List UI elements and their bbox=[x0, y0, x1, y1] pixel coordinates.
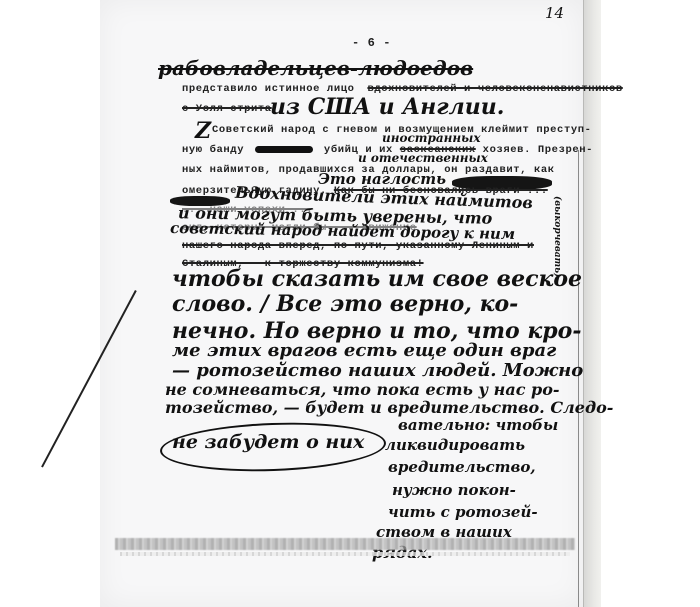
hand-line-5: — ротозейство наших людей. Можно bbox=[172, 360, 583, 381]
typed-line-2: с Уолл-стрита bbox=[182, 103, 272, 115]
hand-line-11: нужно покон- bbox=[392, 481, 516, 499]
hand-line-1: чтобы сказать им свое веское bbox=[172, 266, 582, 292]
circled-note-text: не забудет о них bbox=[172, 431, 364, 453]
insert-usa-england: из США и Англии. bbox=[270, 94, 504, 120]
insert-foreign: иностранных bbox=[382, 131, 481, 145]
typed-line-4-start: ную банду bbox=[182, 144, 244, 156]
redaction-blot bbox=[255, 146, 313, 153]
photocopy-smear bbox=[115, 538, 575, 550]
hand-line-9: ликвидировать bbox=[385, 436, 525, 454]
insert-domestic: и отечественных bbox=[358, 151, 488, 165]
hand-line-4: ме этих врагов есть еще один враг bbox=[172, 340, 556, 361]
hand-line-7: тозейство, — будет и вредительство. След… bbox=[165, 398, 613, 417]
archive-page-number: 14 bbox=[545, 4, 564, 22]
typed-line-9: нашего народа вперед, по пути, указанном… bbox=[182, 240, 534, 252]
hand-line-6: не сомневаться, что пока есть у нас ро- bbox=[165, 380, 560, 399]
hand-line-10: вредительство, bbox=[388, 458, 536, 476]
typed-line-4-end: хозяев. Презрен- bbox=[483, 144, 593, 156]
typed-page-number: - 6 - bbox=[352, 36, 391, 50]
struck-heading: рабовладельцев-людоедов bbox=[158, 56, 473, 80]
hand-line-12: чить с ротозей- bbox=[388, 503, 538, 521]
hand-line-8: вательно: чтобы bbox=[398, 416, 558, 434]
hand-line-2: слово. / Все это верно, ко- bbox=[172, 291, 518, 317]
photocopy-smear-faint bbox=[120, 552, 570, 556]
paragraph-mark: Z bbox=[195, 118, 211, 144]
